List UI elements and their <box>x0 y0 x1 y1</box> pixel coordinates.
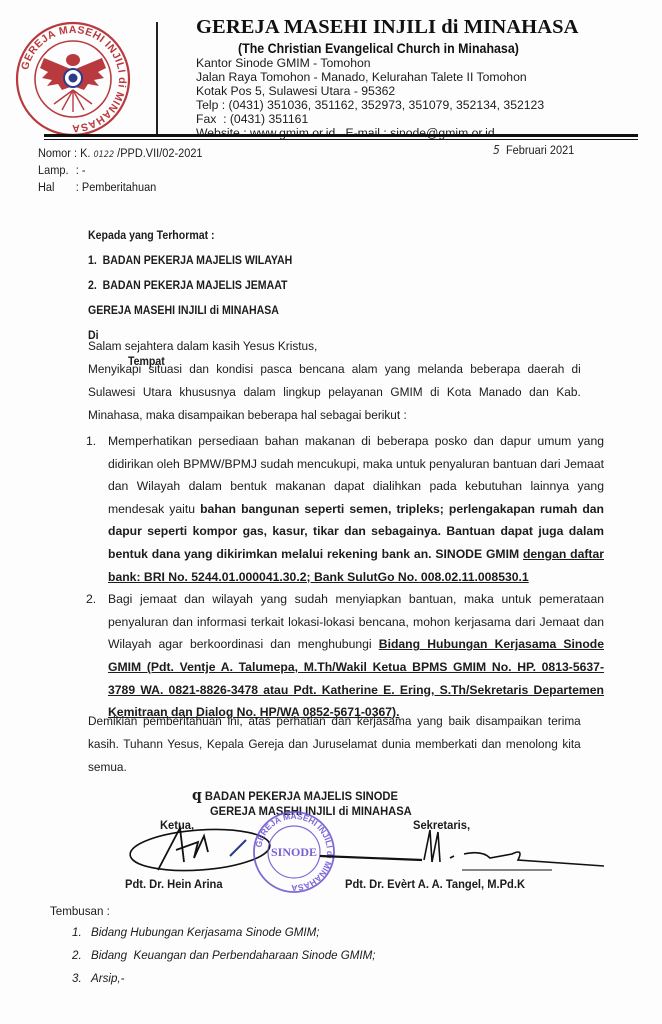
cc-item: 1.Bidang Hubungan Kerjasama Sinode GMIM; <box>72 925 319 939</box>
addressee-org: GEREJA MASEHI INJILI di MINAHASA <box>88 303 279 317</box>
letterhead-rule-thin <box>44 139 638 140</box>
nomor-handwritten: 0122 <box>93 150 114 160</box>
subject-row: Hal: Pemberitahuan <box>38 180 156 194</box>
nomor-prefix: : K. <box>74 146 90 160</box>
intro-paragraph: Menyikapi situasi dan kondisi pasca benc… <box>88 358 581 427</box>
org-title: GEREJA MASEHI INJILI di MINAHASA <box>196 16 579 39</box>
hal-label: Hal <box>38 180 76 194</box>
svg-text:SINODE: SINODE <box>271 845 317 859</box>
cc-title: Tembusan : <box>50 904 110 918</box>
points-list: 1. Memperhatikan persediaan bahan makana… <box>88 430 604 724</box>
addressee-greeting: Kepada yang Terhormat : <box>88 228 215 242</box>
point-2: 2. Bagi jemaat dan wilayah yang sudah me… <box>86 588 604 724</box>
lamp-value: : - <box>76 163 86 177</box>
nomor-suffix: /PPD.VII/02-2021 <box>117 146 202 160</box>
cc-item: 3.Arsip,- <box>72 971 124 985</box>
point-number: 1. <box>86 430 96 453</box>
hal-value: : Pemberitahuan <box>76 180 156 194</box>
date-handwritten: 5 <box>493 143 500 157</box>
signature-org-line1: q BADAN PEKERJA MAJELIS SINODE <box>192 786 398 804</box>
recipient-1: 1. BADAN PEKERJA MAJELIS WILAYAH <box>88 253 292 267</box>
letter-date: 5 Februari 2021 <box>493 143 574 157</box>
paraf-mark: q <box>192 786 202 804</box>
letterhead-divider <box>156 22 158 134</box>
lamp-label: Lamp. <box>38 163 76 177</box>
recipient-2: 2. BADAN PEKERJA MAJELIS JEMAAT <box>88 278 287 292</box>
point-number: 2. <box>86 588 96 611</box>
letter-number: Nomor : K. 0122 /PPD.VII/02-2021 <box>38 146 203 160</box>
attachment-row: Lamp.: - <box>38 163 86 177</box>
date-text: Februari 2021 <box>506 143 574 157</box>
church-logo-icon: GEREJA MASEHI INJILI di MINAHASA <box>14 20 132 138</box>
org-subtitle: (The Christian Evangelical Church in Min… <box>238 41 519 56</box>
salutation-text: Salam sejahtera dalam kasih Yesus Kristu… <box>88 335 581 358</box>
letterhead-rule-thick <box>44 134 638 137</box>
point-1: 1. Memperhatikan persediaan bahan makana… <box>86 430 604 588</box>
cc-item: 2.Bidang Keuangan dan Perbendaharaan Sin… <box>72 948 376 962</box>
nomor-label: Nomor <box>38 146 71 160</box>
secretary-signature-icon <box>312 826 604 878</box>
salutation: Salam sejahtera dalam kasih Yesus Kristu… <box>88 335 581 427</box>
closing-text: Demikian pemberitahuan ini, atas perhati… <box>88 710 581 779</box>
closing-paragraph: Demikian pemberitahuan ini, atas perhati… <box>88 710 581 779</box>
chairman-name: Pdt. Dr. Hein Arina <box>125 877 223 891</box>
secretary-name: Pdt. Dr. Evèrt A. A. Tangel, M.Pd.K <box>345 877 525 891</box>
